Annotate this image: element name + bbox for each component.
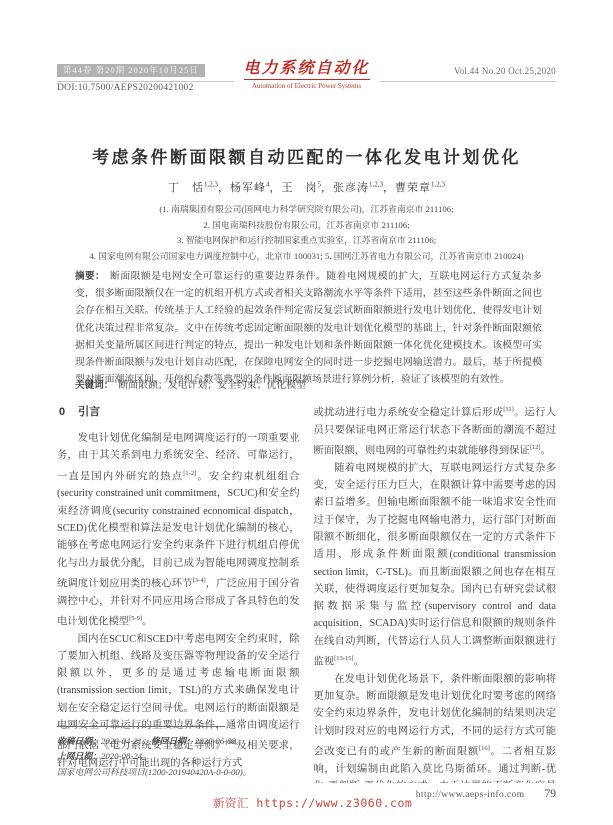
issue-info-cn: 第44卷 第20期 2020年10月25日 — [57, 64, 205, 77]
affiliation-line: 3. 智能电网保护和运行控制国家重点实验室，江苏省南京市 211106; — [30, 233, 583, 249]
section-heading: 0引言 — [59, 403, 300, 419]
journal-title-en: Automation of Electric Power Systems — [243, 82, 369, 91]
author: 杨军峰4 — [230, 182, 270, 194]
journal-title-cn: 电力系统自动化 — [243, 60, 369, 78]
issue-info-en: Vol.44 No.20 Oct.25,2020 — [454, 66, 556, 76]
logo-underline — [243, 79, 369, 80]
article-title: 考虑条件断面限额自动匹配的一体化发电计划优化 — [45, 146, 568, 170]
body-paragraph: 在发电计划优化场景下，条件断面限额的影响将更加复杂。断面限额是发电计划优化时要考… — [314, 671, 557, 783]
abstract-label: 摘要： — [75, 271, 105, 282]
footnote-project: 国家电网公司科技项目(1200-201940420A-0-0-00)。 — [57, 765, 286, 780]
body-columns: 0引言 发电计划优化编制是电网调度运行的一项重要业务，由于其关系到电力系统安全、… — [57, 401, 556, 783]
right-column: 或扰动进行电力系统安全稳定计算后形成[11]。运行人员只要保证电网正常运行状态下… — [314, 401, 557, 783]
footnote-dates: 收稿日期：2020-04-21；修回日期：2020-06-08。 — [57, 734, 286, 749]
author-line: 丁 恬1,2,3，杨军峰4，王 岗5，张彦涛1,2,3，曹荣章1,2,3 — [0, 179, 613, 195]
keywords: 关键词：断面限额；发电计划；安全约束；优化模型 — [75, 377, 542, 391]
author-separator: ， — [321, 182, 333, 194]
journal-page: 第44卷 第20期 2020年10月25日 DOI:10.7500/AEPS20… — [0, 0, 613, 825]
journal-logo: 电力系统自动化 Automation of Electric Power Sys… — [233, 60, 379, 91]
abstract-text: 断面限额是电网安全可靠运行的重要边界条件。随着电网规模的扩大，互联电网运行方式复… — [75, 271, 542, 385]
footnote-rule — [57, 726, 225, 727]
body-paragraph: 发电计划优化编制是电网调度运行的一项重要业务，由于其关系到电力系统安全、经济、可… — [57, 430, 300, 631]
author-separator: ， — [270, 182, 282, 194]
footnote-block: 收稿日期：2020-04-21；修回日期：2020-06-08。 上网日期：20… — [57, 726, 286, 780]
author-separator: ， — [218, 182, 230, 194]
left-column: 0引言 发电计划优化编制是电网调度运行的一项重要业务，由于其关系到电力系统安全、… — [57, 401, 300, 783]
body-paragraph: 随着电网规模的扩大，互联电网运行方式复杂多变，安全运行压力巨大，在限额计算中需要… — [314, 460, 557, 671]
doi-text: DOI:10.7500/AEPS20200421002 — [57, 83, 205, 93]
page-header: 第44卷 第20期 2020年10月25日 DOI:10.7500/AEPS20… — [57, 60, 556, 96]
footer-url: http://www.aeps-info.com — [416, 790, 525, 800]
author: 王 岗5 — [282, 182, 322, 194]
author: 曹荣章1,2,3 — [395, 182, 445, 194]
author: 张彦涛1,2,3 — [333, 182, 383, 194]
footnote-online-date: 上网日期：2020-08-24。 — [57, 749, 286, 764]
body-paragraph: 或扰动进行电力系统安全稳定计算后形成[11]。运行人员只要保证电网正常运行状态下… — [314, 401, 557, 460]
section-number: 0 — [59, 406, 65, 418]
page-number: 79 — [545, 788, 557, 800]
watermark-text: 新资汇 https://www.z3060.com — [213, 795, 412, 811]
author-separator: ， — [383, 182, 395, 194]
header-left-block: 第44卷 第20期 2020年10月25日 DOI:10.7500/AEPS20… — [57, 60, 205, 93]
author: 丁 恬1,2,3 — [168, 182, 218, 194]
keywords-text: 断面限额；发电计划；安全约束；优化模型 — [118, 380, 306, 391]
keywords-label: 关键词： — [75, 380, 113, 391]
affiliation-line: (1. 南瑞集团有限公司(国网电力科学研究院有限公司)，江苏省南京市 21110… — [30, 202, 583, 218]
affiliation-line: 2. 国电南瑞科技股份有限公司，江苏省南京市 211106; — [30, 218, 583, 234]
section-title: 引言 — [78, 406, 100, 418]
affiliation-line: 4. 国家电网有限公司国家电力调度控制中心，北京市 100031; 5. 国网江… — [30, 249, 583, 265]
abstract: 摘要：断面限额是电网安全可靠运行的重要边界条件。随着电网规模的扩大，互联电网运行… — [75, 268, 542, 388]
affiliation-block: (1. 南瑞集团有限公司(国网电力科学研究院有限公司)，江苏省南京市 21110… — [30, 202, 583, 265]
